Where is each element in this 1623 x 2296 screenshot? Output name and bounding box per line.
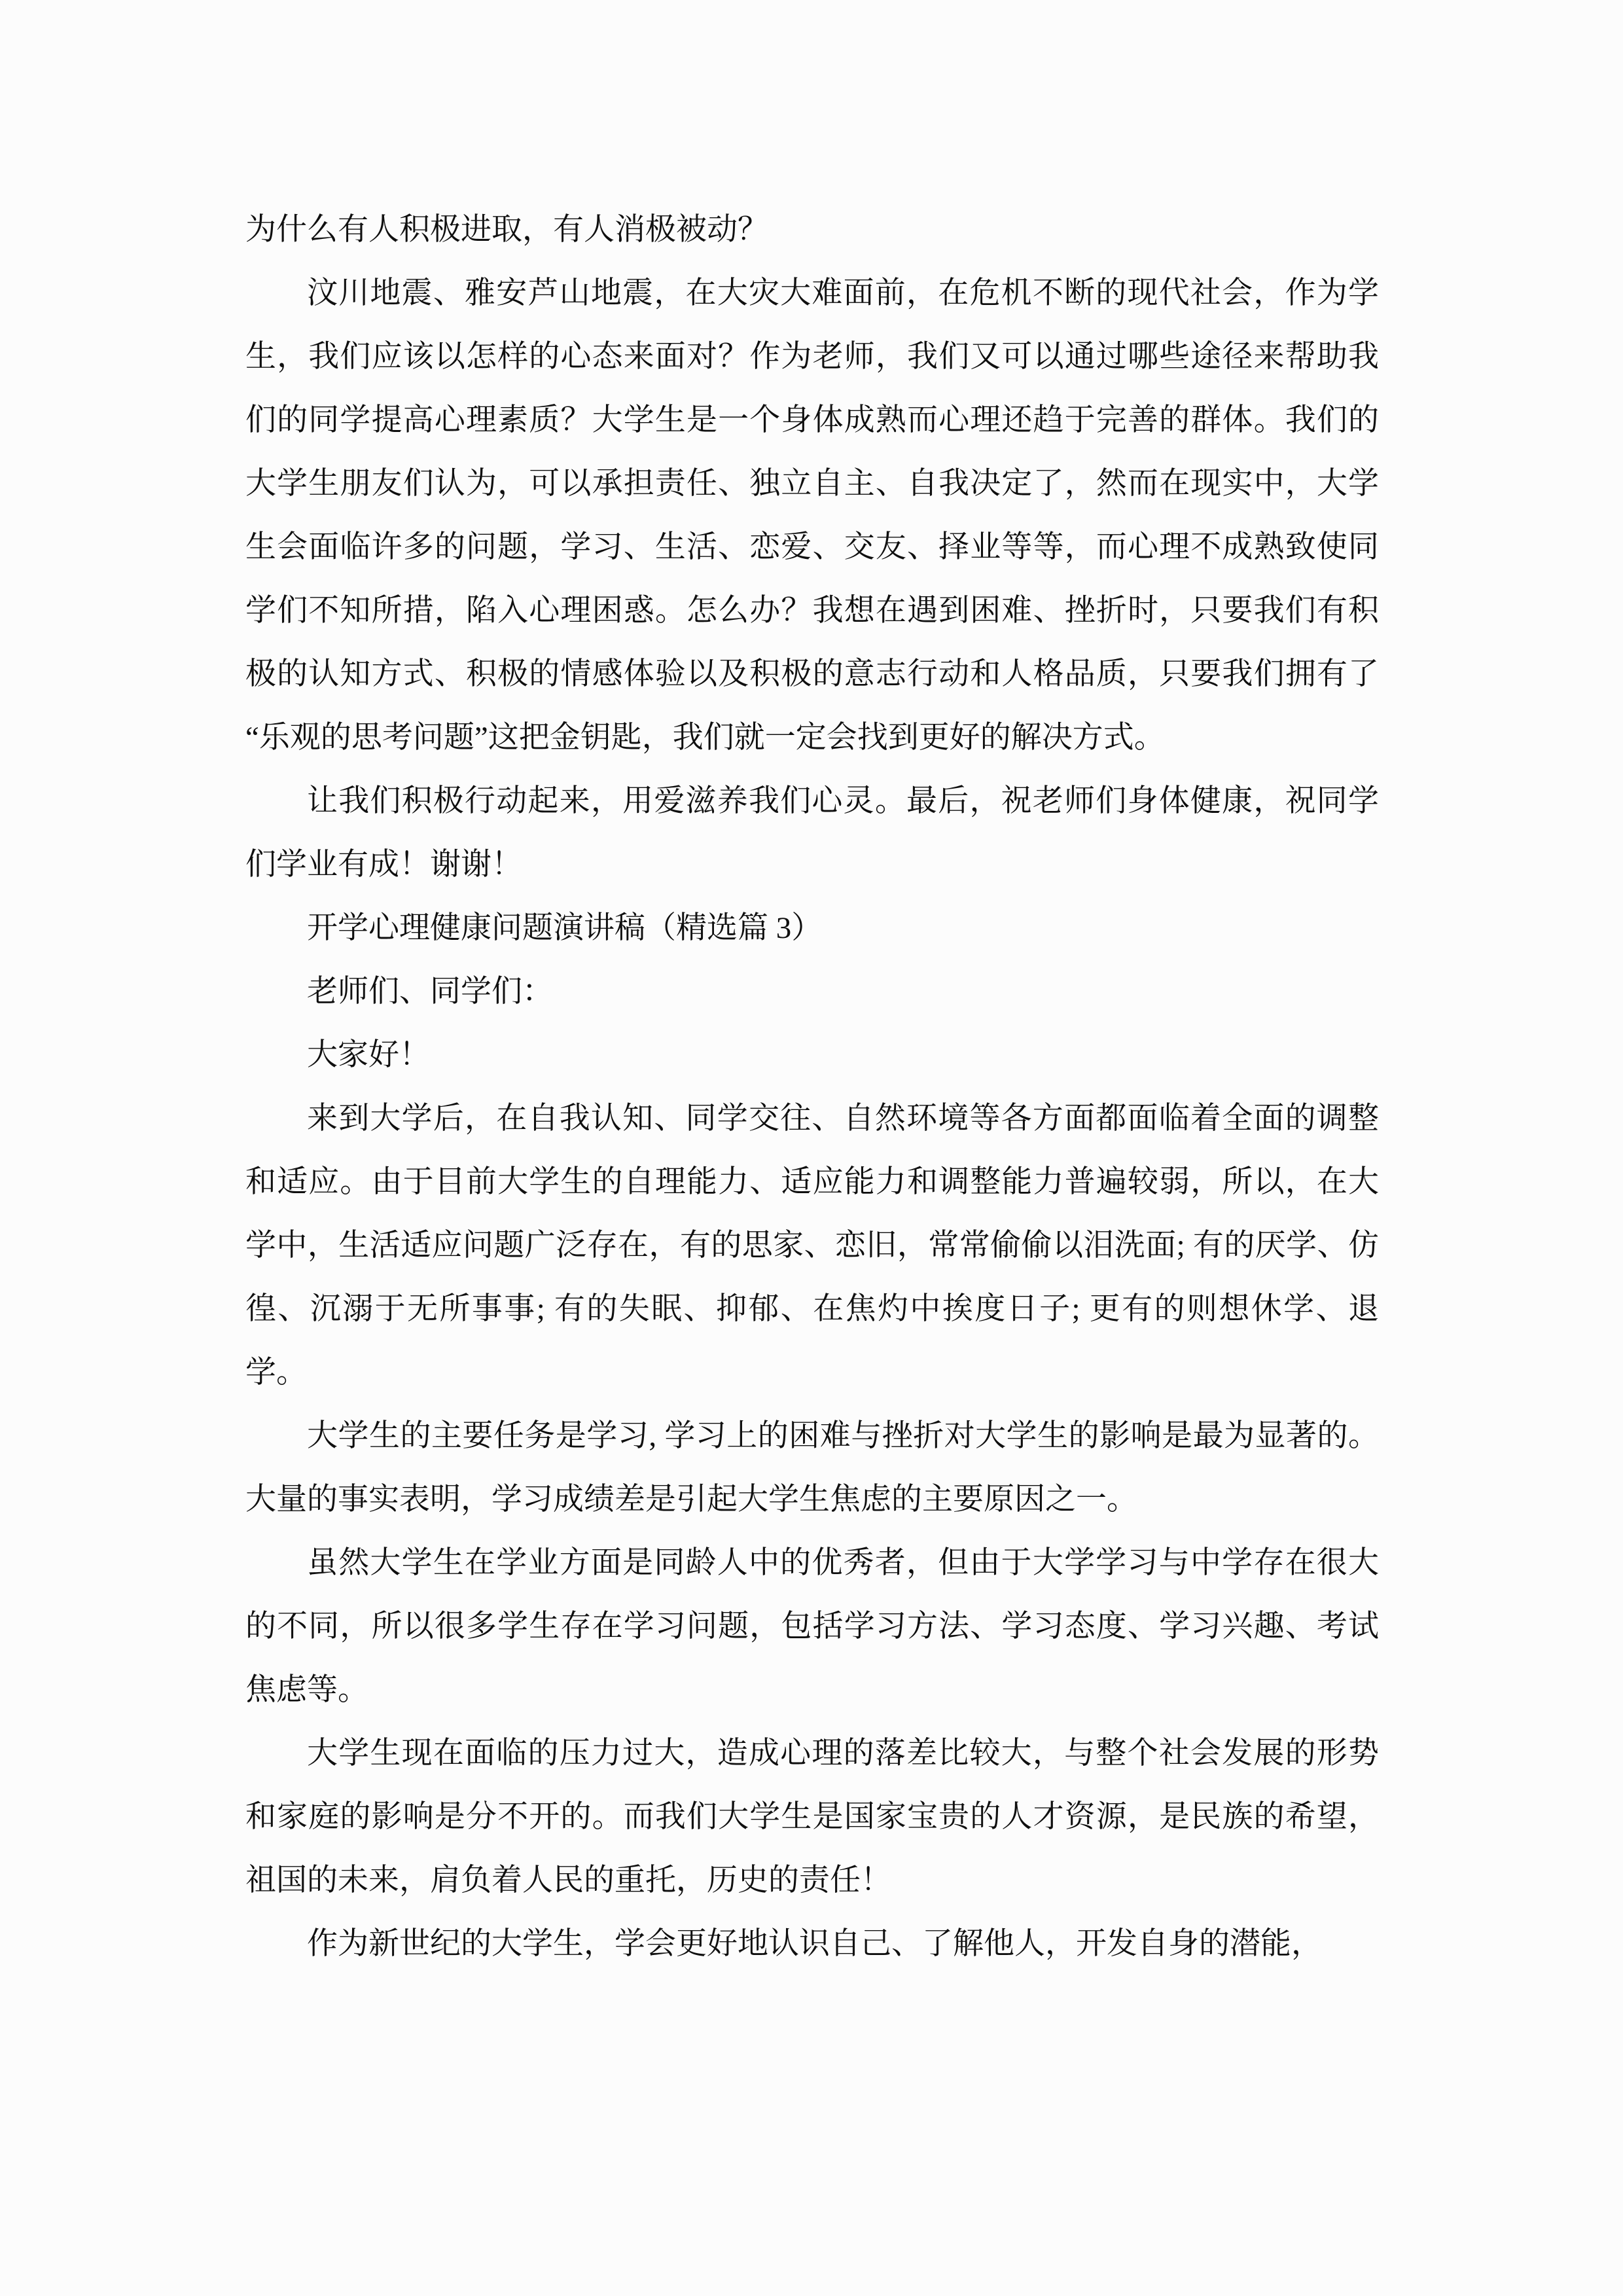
paragraph: 来到大学后，在自我认知、同学交往、自然环境等各方面都面临着全面的调整和适应。由于… [245,1087,1379,1405]
paragraph: 让我们积极行动起来，用爱滋养我们心灵。最后，祝老师们身体健康，祝同学们学业有成！… [245,770,1379,897]
paragraph: 大学生现在面临的压力过大，造成心理的落差比较大，与整个社会发展的形势和家庭的影响… [245,1722,1379,1912]
document-page: 为什么有人积极进取，有人消极被动？ 汶川地震、雅安芦山地震，在大灾大难面前，在危… [0,0,1623,2296]
paragraph: 虽然大学生在学业方面是同龄人中的优秀者，但由于大学学习与中学存在很大的不同，所以… [245,1532,1379,1722]
paragraph-salutation: 老师们、同学们： [245,960,1379,1024]
paragraph: 汶川地震、雅安芦山地震，在大灾大难面前，在危机不断的现代社会，作为学生，我们应该… [245,262,1379,770]
paragraph: 大学生的主要任务是学习, 学习上的困难与挫折对大学生的影响是最为显著的。大量的事… [245,1405,1379,1532]
paragraph-greeting: 大家好！ [245,1024,1379,1087]
paragraph-continues-next-page: 作为新世纪的大学生，学会更好地认识自己、了解他人，开发自身的潜能， [245,1912,1379,1976]
document-body: 为什么有人积极进取，有人消极被动？ 汶川地震、雅安芦山地震，在大灾大难面前，在危… [245,198,1379,1976]
section-heading: 开学心理健康问题演讲稿（精选篇 3） [245,897,1379,960]
paragraph-continuation: 为什么有人积极进取，有人消极被动？ [245,198,1379,262]
